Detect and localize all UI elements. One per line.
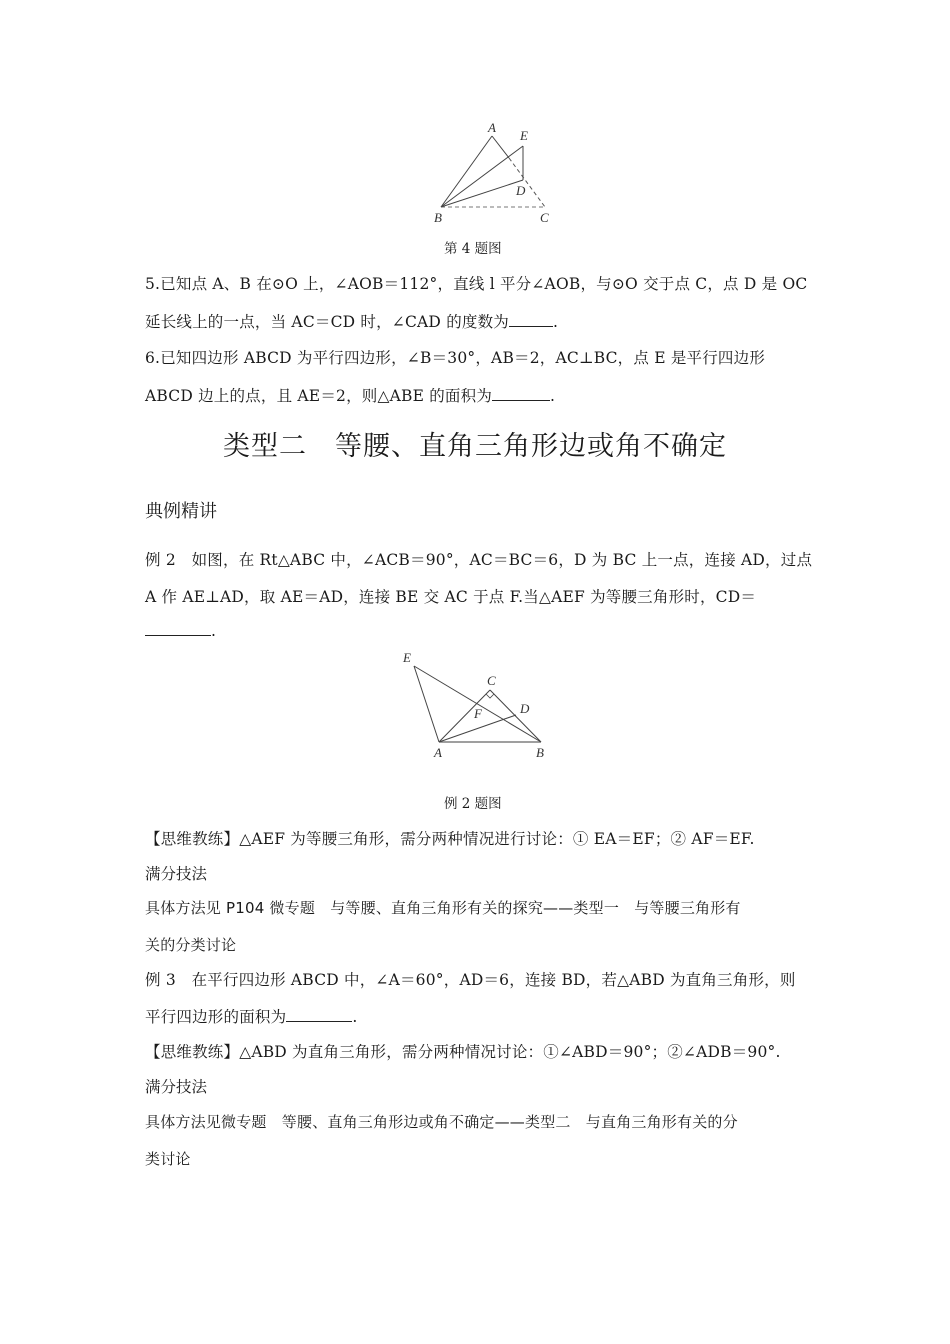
example-3-line-2: 平行四边形的面积为. — [145, 1005, 357, 1027]
method-3-heading: 满分技法 — [145, 1075, 207, 1097]
example-2-line-2: A 作 AE⊥AD，取 AE＝AD，连接 BE 交 AC 于点 F.当△AEF … — [145, 585, 756, 607]
label-A: A — [433, 745, 442, 760]
section-heading: 典例精讲 — [145, 497, 217, 523]
label-D: D — [515, 183, 526, 198]
label-E: E — [519, 128, 528, 143]
answer-blank — [286, 1009, 352, 1022]
label-B: B — [434, 210, 442, 225]
question-5-line-2: 延长线上的一点，当 AC＝CD 时，∠CAD 的度数为. — [145, 310, 558, 332]
thinking-coach-3: 【思维教练】△ABD 为直角三角形，需分两种情况讨论：①∠ABD＝90°；②∠A… — [145, 1040, 781, 1062]
thinking-coach-2: 【思维教练】△AEF 为等腰三角形，需分两种情况进行讨论：① EA＝EF；② A… — [145, 827, 755, 849]
method-2-line-2: 关的分类讨论 — [145, 934, 236, 955]
question-6-line-1: 6.已知四边形 ABCD 为平行四边形，∠B＝30°，AB＝2，AC⊥BC，点 … — [145, 346, 765, 368]
answer-blank — [145, 623, 211, 636]
label-B: B — [536, 745, 544, 760]
example-2-line-1: 例 2 如图，在 Rt△ABC 中，∠ACB＝90°，AC＝BC＝6，D 为 B… — [145, 548, 812, 570]
figure-4-caption: 第 4 题图 — [444, 237, 502, 257]
example-2-figure-caption: 例 2 题图 — [444, 792, 502, 812]
method-2-line-1: 具体方法见 P104 微专题 与等腰、直角三角形有关的探究——类型一 与等腰三角… — [145, 897, 741, 918]
label-C: C — [540, 210, 549, 225]
example-3-line-1: 例 3 在平行四边形 ABCD 中，∠A＝60°，AD＝6，连接 BD，若△AB… — [145, 968, 796, 990]
label-C: C — [487, 673, 496, 688]
method-3-line-2: 类讨论 — [145, 1148, 191, 1169]
question-6-line-2-text: ABCD 边上的点，且 AE＝2，则△ABE 的面积为 — [145, 387, 492, 405]
question-5-line-2-text: 延长线上的一点，当 AC＝CD 时，∠CAD 的度数为 — [145, 313, 509, 331]
label-E: E — [402, 650, 411, 665]
example-3-line-2-text: 平行四边形的面积为 — [145, 1008, 286, 1026]
method-2-heading: 满分技法 — [145, 862, 207, 884]
section-title: 类型二 等腰、直角三角形边或角不确定 — [0, 424, 950, 463]
figure-4-diagram: A E D B C — [420, 115, 570, 230]
example-2-line-3: . — [145, 622, 216, 640]
label-F: F — [473, 706, 483, 721]
method-3-line-1: 具体方法见微专题 等腰、直角三角形边或角不确定——类型二 与直角三角形有关的分 — [145, 1111, 738, 1132]
example-2-diagram: E C D F A B — [395, 645, 565, 765]
question-5-line-1: 5.已知点 A、B 在⊙O 上，∠AOB＝112°，直线 l 平分∠AOB，与⊙… — [145, 272, 807, 294]
answer-blank — [509, 314, 553, 327]
label-D: D — [519, 701, 530, 716]
label-A: A — [487, 120, 496, 135]
question-6-line-2: ABCD 边上的点，且 AE＝2，则△ABE 的面积为. — [145, 384, 555, 406]
answer-blank — [492, 388, 550, 401]
